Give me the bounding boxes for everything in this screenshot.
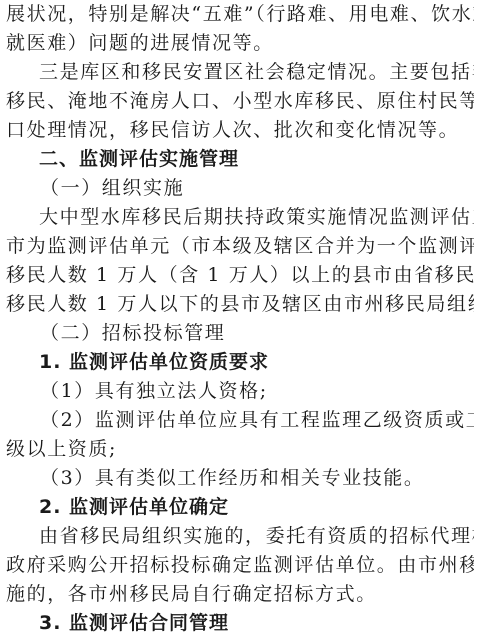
body-line: 口处理情况，移民信访人次、批次和变化情况等。 [6, 116, 474, 145]
numbered-heading: 3. 监测评估合同管理 [39, 609, 474, 638]
numbered-heading: 1. 监测评估单位资质要求 [39, 348, 474, 377]
body-line: 移民人数 1 万人（含 1 万人）以上的县市由省移民局组织实施， [6, 261, 474, 290]
list-item: （2）监测评估单位应具有工程监理乙级资质或工程咨询乙 [40, 406, 474, 435]
subsection-heading: （二）招标投标管理 [40, 319, 474, 348]
body-line: 就医难）问题的进展情况等。 [6, 29, 474, 58]
body-line: 市为监测评估单元（市本级及辖区合并为一个监测评估单元）。 [6, 232, 474, 261]
body-line: 政府采购公开招标投标确定监测评估单位。由市州移民局组织实 [6, 551, 474, 580]
paragraph-first-line: 三是库区和移民安置区社会稳定情况。主要包括非农业户口 [39, 58, 474, 87]
document-page: 展状况，特别是解决“五难”（行路难、用电难、饮水难、上学难、 就医难）问题的进展… [0, 0, 480, 640]
body-line: 施的，各市州移民局自行确定招标方式。 [6, 580, 474, 609]
paragraph-first-line: 由省移民局组织实施的，委托有资质的招标代理机构，通过 [39, 522, 474, 551]
list-item: （1）具有独立法人资格; [40, 377, 474, 406]
body-line: 移民人数 1 万人以下的县市及辖区由市州移民局组织实施。 [6, 290, 474, 319]
body-line: 展状况，特别是解决“五难”（行路难、用电难、饮水难、上学难、 [6, 0, 474, 29]
body-line: 移民、淹地不淹房人口、小型水库移民、原住村民等连带影响人 [6, 87, 474, 116]
numbered-heading: 2. 监测评估单位确定 [39, 493, 474, 522]
subsection-heading: （一）组织实施 [40, 174, 474, 203]
list-item: （3）具有类似工作经历和相关专业技能。 [40, 464, 474, 493]
body-line: 级以上资质; [6, 435, 474, 464]
paragraph-first-line: 大中型水库移民后期扶持政策实施情况监测评估工作以县 [39, 203, 474, 232]
section-heading: 二、监测评估实施管理 [39, 145, 474, 174]
